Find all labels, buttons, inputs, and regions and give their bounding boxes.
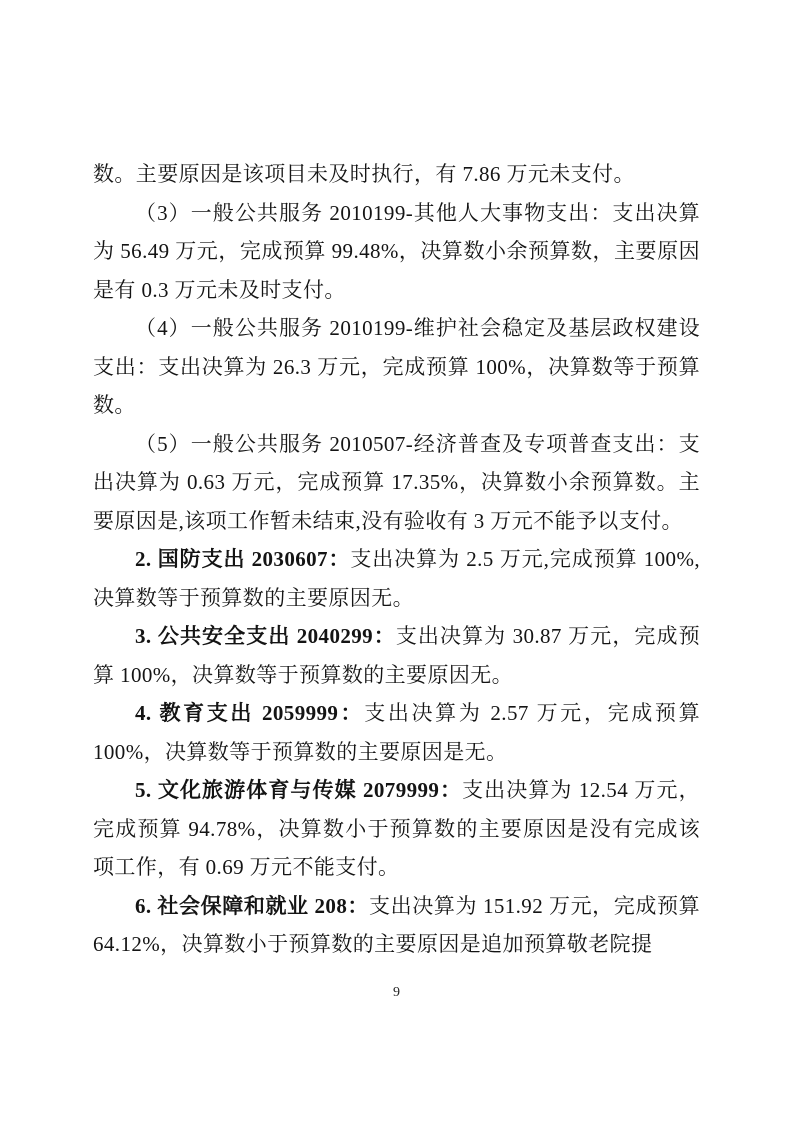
paragraph-lead: 2. 国防支出 2030607：: [135, 547, 350, 571]
paragraph: 2. 国防支出 2030607：支出决算为 2.5 万元,完成预算 100%,决…: [93, 540, 700, 617]
document-page: 数。主要原因是该项目未及时执行，有 7.86 万元未支付。（3）一般公共服务 2…: [0, 0, 793, 1122]
document-body: 数。主要原因是该项目未及时执行，有 7.86 万元未支付。（3）一般公共服务 2…: [93, 155, 700, 964]
paragraph: 3. 公共安全支出 2040299：支出决算为 30.87 万元，完成预算 10…: [93, 617, 700, 694]
paragraph: 6. 社会保障和就业 208：支出决算为 151.92 万元，完成预算 64.1…: [93, 887, 700, 964]
paragraph-lead: 3. 公共安全支出 2040299：: [135, 624, 396, 648]
paragraph: （5）一般公共服务 2010507-经济普查及专项普查支出：支出决算为 0.63…: [93, 425, 700, 541]
paragraph: （4）一般公共服务 2010199-维护社会稳定及基层政权建设支出：支出决算为 …: [93, 309, 700, 425]
paragraph: 5. 文化旅游体育与传媒 2079999：支出决算为 12.54 万元，完成预算…: [93, 771, 700, 887]
page-number: 9: [0, 984, 793, 1002]
paragraph-lead: 4. 教育支出 2059999：: [135, 701, 364, 725]
paragraph-lead: 6. 社会保障和就业 208：: [135, 894, 369, 918]
paragraph: 4. 教育支出 2059999：支出决算为 2.57 万元，完成预算 100%，…: [93, 694, 700, 771]
paragraph: （3）一般公共服务 2010199-其他人大事物支出：支出决算为 56.49 万…: [93, 194, 700, 310]
paragraph: 数。主要原因是该项目未及时执行，有 7.86 万元未支付。: [93, 155, 700, 194]
paragraph-lead: 5. 文化旅游体育与传媒 2079999：: [135, 778, 462, 802]
